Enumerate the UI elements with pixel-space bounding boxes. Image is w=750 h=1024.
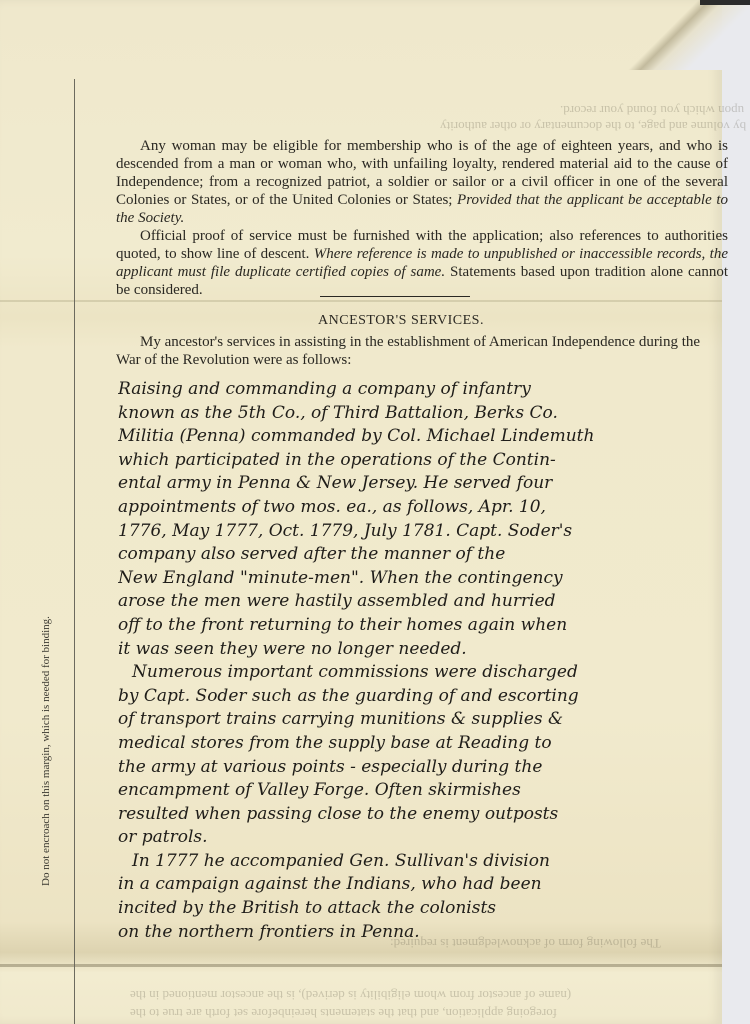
- handwritten-line: Militia (Penna) commanded by Col. Michae…: [118, 425, 728, 449]
- handwritten-line: In 1777 he accompanied Gen. Sullivan's d…: [118, 850, 728, 874]
- handwritten-line: appointments of two mos. ea., as follows…: [118, 496, 728, 520]
- handwritten-line: Raising and commanding a company of infa…: [118, 378, 728, 402]
- handwritten-services: Raising and commanding a company of infa…: [118, 378, 728, 944]
- eligibility-text: Any woman may be eligible for membership…: [116, 137, 728, 299]
- handwritten-line: medical stores from the supply base at R…: [118, 732, 728, 756]
- handwritten-line: or patrols.: [118, 826, 728, 850]
- handwritten-line: of transport trains carrying munitions &…: [118, 708, 728, 732]
- handwritten-line: in a campaign against the Indians, who h…: [118, 873, 728, 897]
- scan-edge: [700, 0, 750, 5]
- handwritten-line: the army at various points - especially …: [118, 756, 728, 780]
- binding-margin-rule: [74, 79, 75, 1024]
- folded-corner: [600, 0, 750, 70]
- document-page: Give below a reference, by volume and pa…: [0, 0, 722, 1024]
- handwritten-line: Numerous important commissions were disc…: [118, 661, 728, 685]
- paper-fold: [0, 964, 722, 967]
- section-divider: [320, 296, 470, 297]
- handwritten-line: encampment of Valley Forge. Often skirmi…: [118, 779, 728, 803]
- section-intro: My ancestor's services in assisting in t…: [116, 333, 728, 369]
- handwritten-line: it was seen they were no longer needed.: [118, 638, 728, 662]
- handwritten-line: New England "minute-men". When the conti…: [118, 567, 728, 591]
- handwritten-line: by Capt. Soder such as the guarding of a…: [118, 685, 728, 709]
- handwritten-line: incited by the British to attack the col…: [118, 897, 728, 921]
- handwritten-line: resulted when passing close to the enemy…: [118, 803, 728, 827]
- section-intro-text: My ancestor's services in assisting in t…: [116, 333, 728, 369]
- handwritten-line: 1776, May 1777, Oct. 1779, July 1781. Ca…: [118, 520, 728, 544]
- handwritten-line: known as the 5th Co., of Third Battalion…: [118, 402, 728, 426]
- bleed-through-text: Give below a reference, by volume and pa…: [440, 118, 750, 134]
- bleed-through-text: foregoing application, and that the stat…: [130, 1005, 557, 1021]
- handwritten-line: which participated in the operations of …: [118, 449, 728, 473]
- proof-paragraph: Official proof of service must be furnis…: [116, 227, 728, 299]
- binding-margin-note: Do not encroach on this margin, which is…: [40, 601, 52, 901]
- bleed-through-text: upon which you found your record.: [560, 102, 744, 118]
- paper-fold: [0, 300, 722, 302]
- bleed-through-text: (name of ancestor from whom eligibility …: [130, 987, 571, 1003]
- section-title: ANCESTOR'S SERVICES.: [80, 313, 722, 329]
- handwritten-line: on the northern frontiers in Penna.: [118, 921, 728, 945]
- handwritten-line: arose the men were hastily assembled and…: [118, 590, 728, 614]
- eligibility-paragraph: Any woman may be eligible for membership…: [116, 137, 728, 227]
- handwritten-line: off to the front returning to their home…: [118, 614, 728, 638]
- handwritten-line: ental army in Penna & New Jersey. He ser…: [118, 472, 728, 496]
- handwritten-line: company also served after the manner of …: [118, 543, 728, 567]
